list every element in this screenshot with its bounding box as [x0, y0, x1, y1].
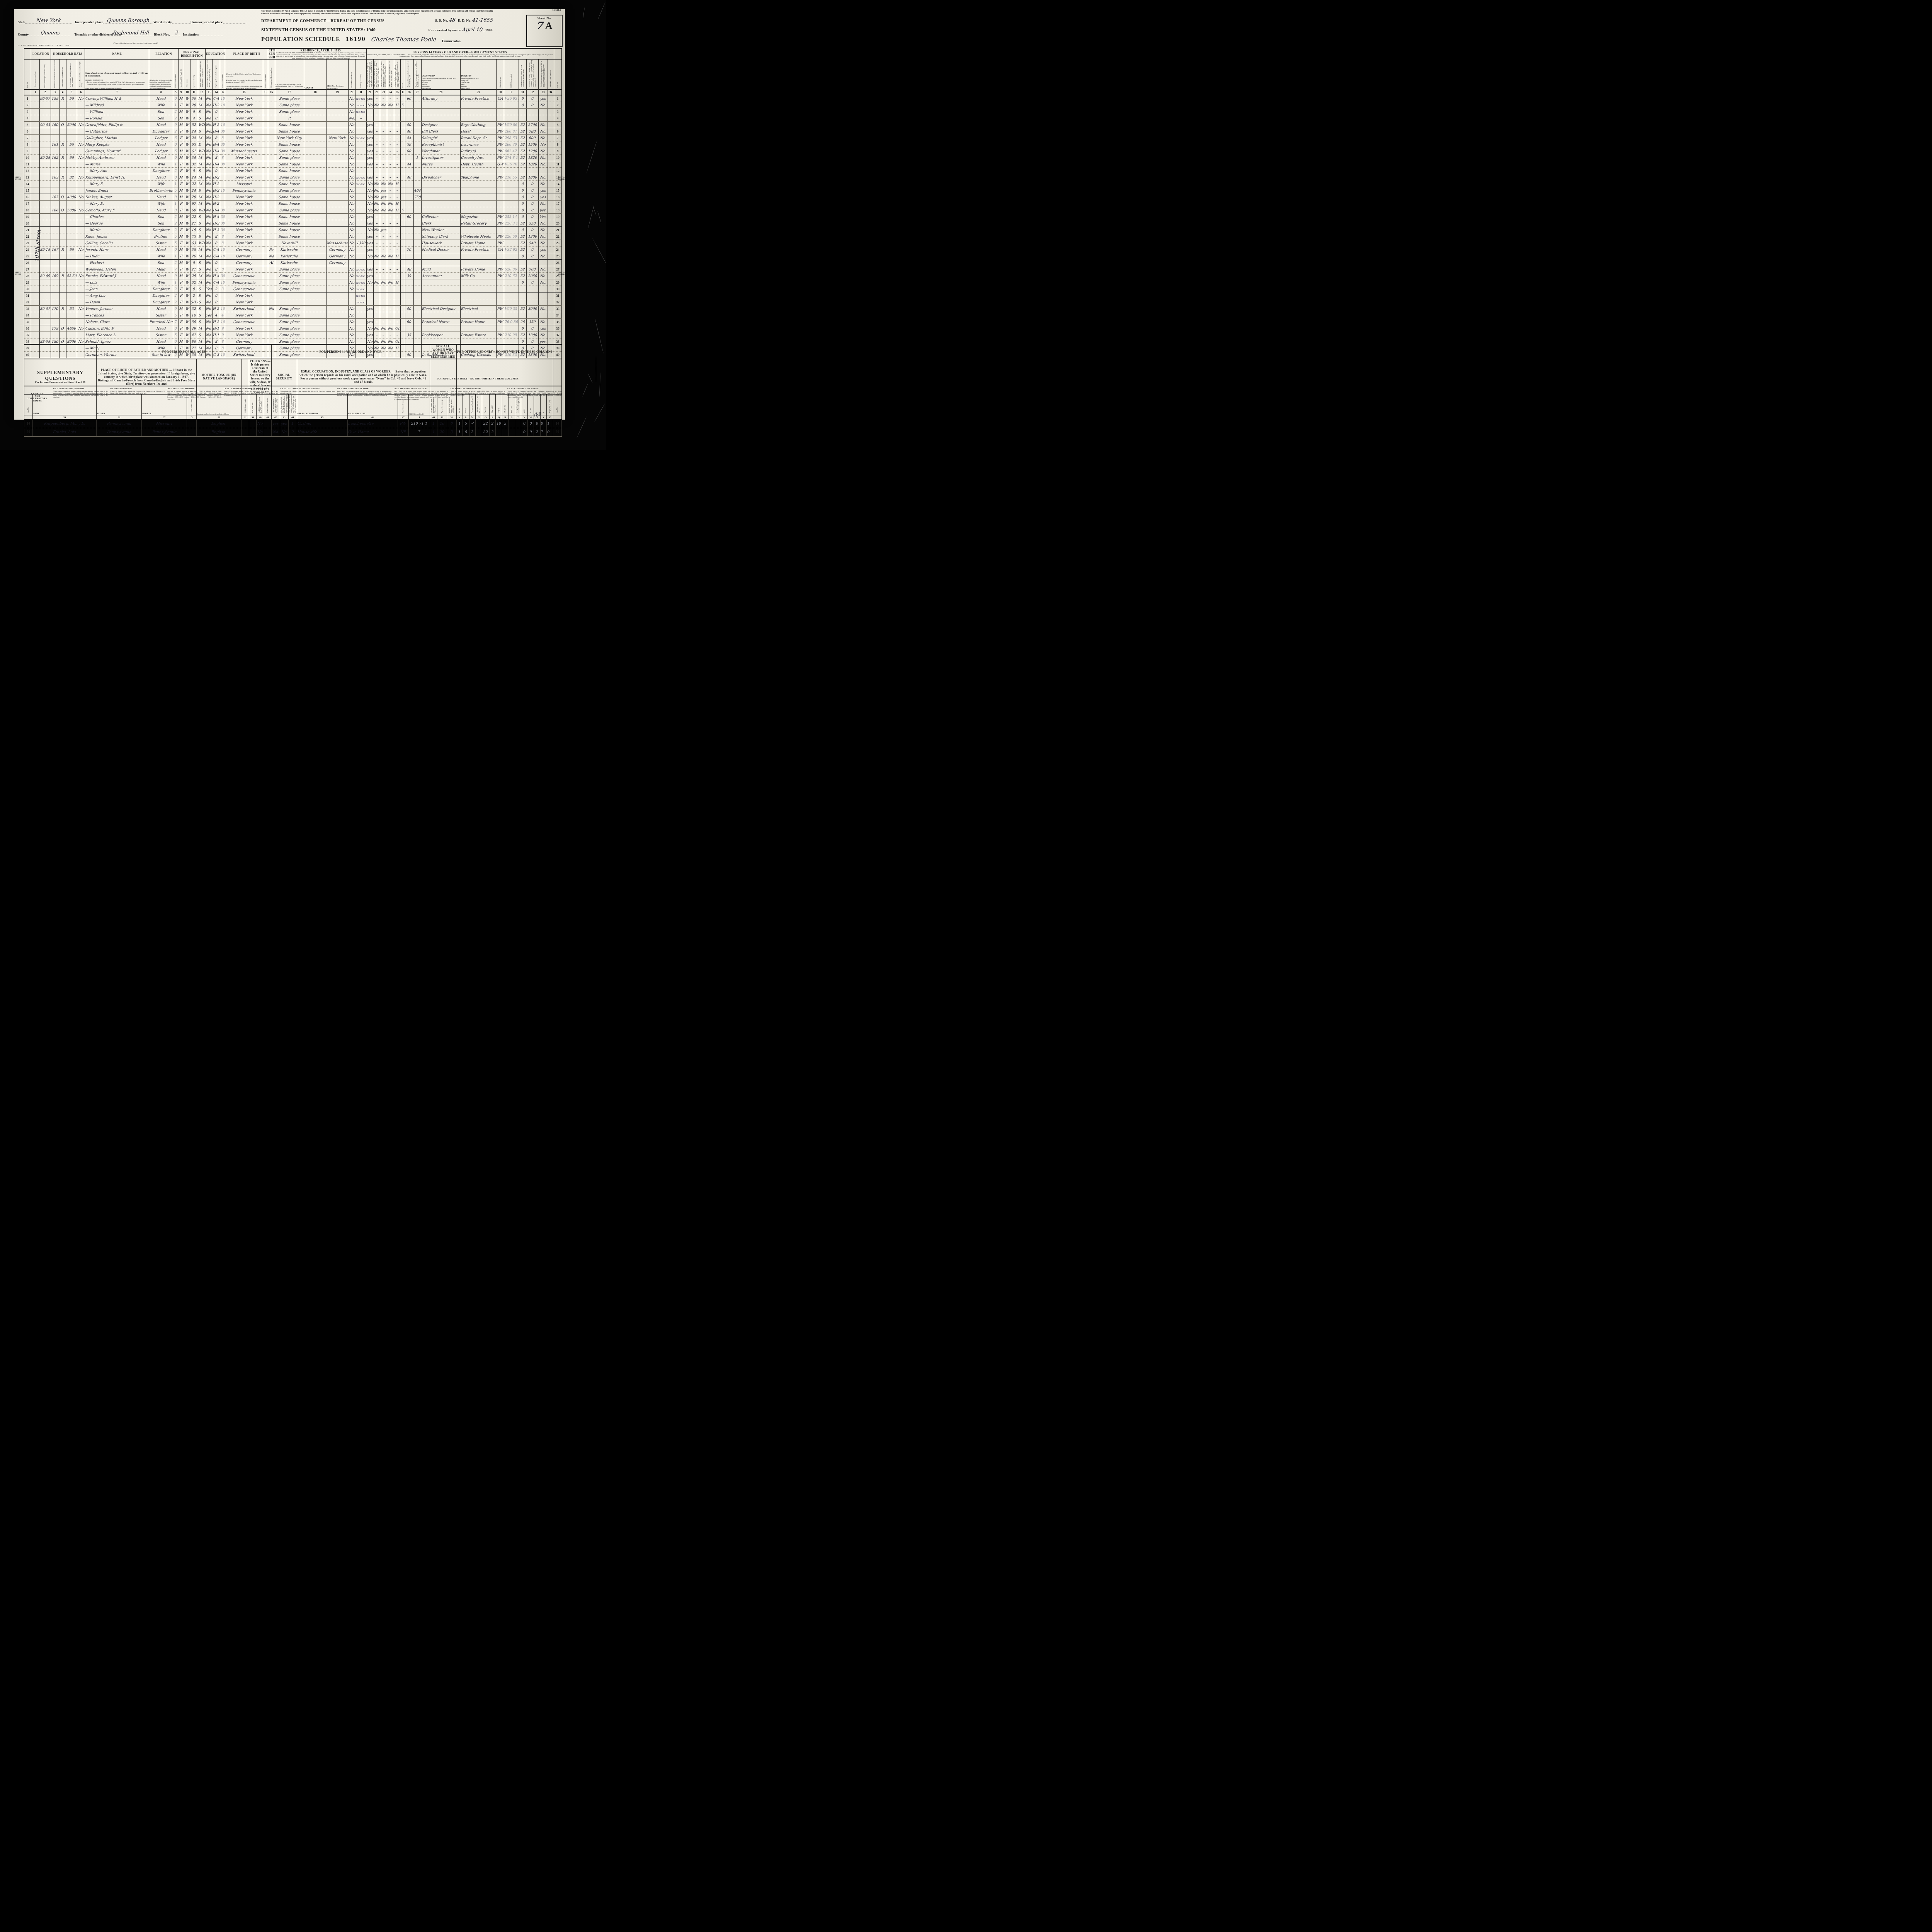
cell	[66, 240, 77, 247]
cell: XOXO	[355, 293, 367, 299]
cell	[413, 253, 421, 260]
cell: 5/12	[190, 299, 198, 306]
cell: H-2	[213, 122, 220, 128]
cell: 220 3 1	[504, 220, 519, 227]
cell	[263, 293, 268, 299]
cell: M	[198, 247, 206, 253]
cell	[268, 102, 275, 109]
cell	[538, 168, 548, 174]
cell: — Amy Lou	[85, 293, 149, 299]
sheet-suffix: A	[545, 20, 553, 31]
cell: 10	[220, 306, 225, 312]
cell: 0	[519, 325, 527, 332]
table-row: 2489-15167R65NoJoseph, HansHead0MW38MNoC…	[24, 247, 562, 253]
cell: W	[184, 148, 190, 155]
column-header: Line No.	[554, 60, 561, 90]
cell: W	[184, 260, 190, 266]
cell: R	[59, 247, 66, 253]
cell: Pennsylvania	[142, 428, 187, 437]
cell: Connecticut	[225, 319, 263, 325]
cell: Pennsylvania	[225, 279, 263, 286]
column-group-header	[24, 48, 31, 60]
cell: –	[387, 273, 394, 279]
table-row: 590-03160O5000NoGruenfelder, Philip ⊗Hea…	[24, 122, 562, 128]
cell: No	[349, 122, 355, 128]
cell	[476, 420, 482, 428]
census-scan-page: { "meta": { "form_no": "16-952 A", "noti…	[0, 0, 606, 450]
cell: Clerk	[421, 220, 461, 227]
cell: 2	[489, 428, 496, 437]
cell	[39, 181, 51, 187]
cell: H	[394, 102, 401, 109]
cell	[519, 286, 527, 293]
cell	[413, 319, 421, 325]
cell	[77, 115, 85, 122]
cell: 26	[554, 260, 561, 266]
cell	[413, 181, 421, 187]
cell: 2	[173, 260, 178, 266]
cell	[538, 109, 548, 115]
cell: Private Estate	[461, 332, 497, 338]
cell: 70	[405, 247, 413, 253]
cell: 0	[526, 102, 538, 109]
cell	[401, 174, 405, 181]
cell	[497, 293, 504, 299]
column-header: CODE (Leave blank)	[504, 60, 519, 90]
cell: H-2	[213, 306, 220, 312]
cell	[548, 122, 554, 128]
cell: No.	[538, 155, 548, 161]
note-block: Col. 24. DID THIS PERSON HAVE A JOB?Ente…	[394, 388, 448, 420]
cell: C-4	[213, 95, 220, 102]
column-group-header: FOR PERSONS 14 YEARS OLD AND OVER	[271, 344, 430, 359]
cell: yes	[366, 332, 373, 338]
cell	[263, 279, 268, 286]
cell	[263, 299, 268, 306]
cell: 89-09	[39, 273, 51, 279]
cell: No	[77, 306, 85, 312]
cell	[187, 428, 197, 437]
column-group-header: RESIDENCE, APRIL 1, 1935IN WHAT PLACE DI…	[275, 48, 366, 60]
cell: Wife	[149, 181, 173, 187]
cell	[355, 148, 367, 155]
cell: No.	[538, 102, 548, 109]
cell	[51, 168, 59, 174]
cell: M	[178, 247, 184, 253]
column-header: Home owned (O) or rented (R)	[59, 60, 66, 90]
cell: 0	[519, 214, 527, 220]
cell: 1	[547, 420, 553, 428]
cell: 2	[173, 286, 178, 293]
cell: yes	[366, 122, 373, 128]
cell: W	[184, 155, 190, 161]
cell: Retail Grocery	[461, 220, 497, 227]
cell: 10	[220, 253, 225, 260]
cell: No.	[538, 332, 548, 338]
table-row: 37Marz, Florence LSister5FW47SNoH-19New …	[24, 332, 562, 338]
cell: 0	[547, 428, 553, 437]
cell: Head	[149, 273, 173, 279]
cell: 8	[213, 240, 220, 247]
cell: 24	[190, 135, 198, 141]
cell	[461, 260, 497, 266]
cell	[77, 227, 85, 233]
cell	[548, 141, 554, 148]
column-header: Number of hours worked during week of Ma…	[405, 60, 413, 90]
cell: –	[387, 122, 394, 128]
cell	[413, 325, 421, 332]
cell	[497, 194, 504, 201]
cell	[39, 279, 51, 286]
cell: 30	[220, 148, 225, 155]
cell	[401, 253, 405, 260]
cell	[39, 266, 51, 273]
cell: –	[394, 174, 401, 181]
cell	[326, 279, 349, 286]
cell: WD	[198, 148, 206, 155]
cell	[366, 299, 373, 306]
cell	[66, 181, 77, 187]
column-number: D	[355, 90, 367, 95]
cell: 0	[526, 181, 538, 187]
cell	[31, 168, 39, 174]
cell: 162	[51, 155, 59, 161]
cell	[31, 312, 39, 319]
census-sheet: State New York Incorporated place Queens…	[14, 9, 565, 420]
cell: No	[366, 279, 373, 286]
cell: Practical Nurse	[421, 319, 461, 325]
cell: yes	[366, 240, 373, 247]
cell	[263, 233, 268, 240]
cell	[77, 240, 85, 247]
cell	[401, 325, 405, 332]
cell	[304, 115, 327, 122]
cell	[59, 312, 66, 319]
cell: Lodger	[149, 135, 173, 141]
cell	[538, 286, 548, 293]
suppl-quest-marker-right-14: SUPPL. QUEST.	[556, 176, 566, 180]
cell	[497, 181, 504, 187]
cell: 1	[173, 161, 178, 168]
cell: No	[373, 181, 380, 187]
cell: No	[366, 194, 373, 201]
cell: 0	[527, 420, 534, 428]
cell	[548, 148, 554, 155]
cell	[51, 260, 59, 266]
cell: — Ronald	[85, 115, 149, 122]
cell	[461, 168, 497, 174]
cell	[387, 312, 394, 319]
cell	[263, 286, 268, 293]
cell	[355, 227, 367, 233]
cell	[413, 299, 421, 306]
cell	[373, 260, 380, 266]
cell: XOXO	[355, 266, 367, 273]
cell: M	[178, 220, 184, 227]
cell: New York	[225, 174, 263, 181]
cell: yes	[366, 306, 373, 312]
cell: 34	[554, 312, 561, 319]
cell: 18	[24, 207, 31, 214]
cell: No	[380, 201, 387, 207]
cell: F	[178, 201, 184, 207]
cell	[31, 279, 39, 286]
cell	[461, 286, 497, 293]
cell	[401, 233, 405, 240]
cell	[77, 279, 85, 286]
cell: S	[198, 109, 206, 115]
cell: WD	[198, 207, 206, 214]
cell: No.	[538, 227, 548, 233]
cell: Comollo, Mary F	[85, 207, 149, 214]
cell: Dept. Health	[461, 161, 497, 168]
cell: 1	[173, 253, 178, 260]
cell	[304, 227, 327, 233]
column-header: Sex—Male (M), Female (F)	[178, 60, 184, 90]
cell: –	[394, 95, 401, 102]
column-group-header: PERSONAL DESCRIPTION	[178, 48, 206, 60]
column-number: 27	[413, 90, 421, 95]
cell: New York	[225, 122, 263, 128]
cell: No	[366, 253, 373, 260]
table-row: 25— HildaWife1FW26MNoC-410GermanyNaKarls…	[24, 253, 562, 260]
cell	[504, 293, 519, 299]
cell: 52	[519, 247, 527, 253]
cell: –	[387, 155, 394, 161]
cell	[263, 135, 268, 141]
cell: McVey, Ambrose	[85, 155, 149, 161]
cell: –	[387, 240, 394, 247]
cell: Own Home	[347, 428, 398, 437]
cell: XOXO	[355, 299, 367, 306]
cell: 2	[173, 109, 178, 115]
cell	[304, 102, 327, 109]
cell	[421, 115, 461, 122]
cell	[421, 201, 461, 207]
column-group-header: CITI- ZEN- SHIP	[268, 48, 275, 60]
cell	[263, 319, 268, 325]
cell	[326, 187, 349, 194]
cell: yes	[538, 95, 548, 102]
cell: New York	[225, 227, 263, 233]
cell	[355, 194, 367, 201]
cell	[39, 319, 51, 325]
table-row: 31— Amy LouDaughter2FW2SNo0New YorkXOXO3…	[24, 293, 562, 299]
cell: yes	[380, 187, 387, 194]
cell: 4	[554, 115, 561, 122]
cell: S	[198, 128, 206, 135]
cell: –	[387, 128, 394, 135]
cell	[268, 161, 275, 168]
cell: 0	[173, 141, 178, 148]
cell	[59, 319, 66, 325]
cell: –	[387, 247, 394, 253]
block-value: 2	[169, 30, 183, 36]
cell: Kane, James	[85, 233, 149, 240]
cell	[538, 312, 548, 319]
cell	[413, 141, 421, 148]
cell: 0	[213, 115, 220, 122]
cell: 26	[190, 253, 198, 260]
cell	[509, 428, 515, 437]
cell	[497, 312, 504, 319]
table-row: 26— HerbertSon2MW5SNo0GermanyAlKarlsruhe…	[24, 260, 562, 266]
cell: Same place	[275, 95, 304, 102]
cell	[263, 109, 268, 115]
column-header: Number of Farm Schedule	[548, 60, 554, 90]
cell: Same place	[275, 266, 304, 273]
cell	[304, 253, 327, 260]
cell	[413, 135, 421, 141]
cell: 10	[24, 155, 31, 161]
cell	[366, 115, 373, 122]
cell: No.	[538, 279, 548, 286]
cell: 780	[526, 128, 538, 135]
cell	[77, 187, 85, 194]
cell	[77, 293, 85, 299]
cell: 32	[66, 174, 77, 181]
cell	[413, 260, 421, 266]
cell	[355, 325, 367, 332]
cell	[263, 220, 268, 227]
cell: 32	[190, 279, 198, 286]
cell	[31, 181, 39, 187]
cell: 5	[24, 122, 31, 128]
cell	[51, 214, 59, 220]
cell: No	[206, 95, 213, 102]
cell: — Lois	[85, 279, 149, 286]
cell	[366, 109, 373, 115]
cell: Railroad	[461, 148, 497, 155]
cell: 36	[24, 325, 31, 332]
cell: 31	[24, 293, 31, 299]
cell: No.	[538, 266, 548, 273]
cell	[51, 332, 59, 338]
table-row: 14Knippenberg, Mary E.PennsylvaniaMissou…	[24, 420, 562, 428]
cell	[394, 293, 401, 299]
cell: No.	[538, 253, 548, 260]
cell: Watchman	[421, 148, 461, 155]
cell: 17	[24, 201, 31, 207]
cell: Wojewoda, Helen	[85, 266, 149, 273]
cell: 0	[526, 201, 538, 207]
cell	[263, 332, 268, 338]
cell	[548, 233, 554, 240]
cell	[548, 240, 554, 247]
cell: PW	[497, 155, 504, 161]
cell	[401, 214, 405, 220]
cell	[548, 109, 554, 115]
cell: 11	[554, 161, 561, 168]
cell: 2	[173, 299, 178, 306]
cell: 662 47 1	[504, 148, 519, 155]
cell: 29	[553, 428, 561, 437]
cell: 6	[463, 428, 469, 437]
cell: 0	[173, 155, 178, 161]
cell: 5	[173, 233, 178, 240]
cell	[304, 247, 327, 253]
cell: Same place	[275, 286, 304, 293]
cell: H-1	[213, 325, 220, 332]
cell	[268, 141, 275, 148]
column-number: 15	[225, 90, 263, 95]
cell: PW	[497, 332, 504, 338]
cell	[413, 279, 421, 286]
cell: Same place	[275, 312, 304, 319]
cell: Head	[149, 155, 173, 161]
cell	[405, 325, 413, 332]
cell: M	[178, 194, 184, 201]
cell	[263, 115, 268, 122]
cell	[497, 201, 504, 207]
cell: No	[206, 266, 213, 273]
ed-value: 41-1655	[472, 17, 493, 23]
cell	[77, 253, 85, 260]
cell: 52	[519, 141, 527, 148]
cell: PW	[497, 135, 504, 141]
cell: yes	[380, 194, 387, 201]
cell	[413, 227, 421, 233]
cell: 14	[24, 420, 33, 428]
cell: No	[77, 247, 85, 253]
cell: 52	[519, 306, 527, 312]
cell: 1500	[526, 141, 538, 148]
cell: No	[77, 141, 85, 148]
cell	[538, 299, 548, 306]
cell	[268, 214, 275, 220]
cell	[405, 233, 413, 240]
cell: No.	[538, 240, 548, 247]
cell	[326, 148, 349, 155]
cell	[77, 332, 85, 338]
cell: W	[184, 325, 190, 332]
cell: H-4	[213, 148, 220, 155]
cell	[263, 174, 268, 181]
cell: M	[198, 95, 206, 102]
cell	[526, 168, 538, 174]
cell: W	[184, 194, 190, 201]
cell: 4	[24, 115, 31, 122]
cell	[59, 148, 66, 155]
cell: 22	[24, 233, 31, 240]
cell	[268, 220, 275, 227]
department-title: DEPARTMENT OF COMMERCE—BUREAU OF THE CEN…	[261, 19, 384, 23]
cell: yes	[366, 95, 373, 102]
cell	[504, 325, 519, 332]
cell: No	[206, 155, 213, 161]
cell: PW	[497, 233, 504, 240]
cell	[263, 306, 268, 312]
cell: –	[380, 214, 387, 220]
cell: 22	[190, 181, 198, 187]
cell: 10	[220, 122, 225, 128]
cell	[355, 168, 367, 174]
cell: 5	[554, 122, 561, 128]
cell: W	[184, 207, 190, 214]
cell: 28	[24, 273, 31, 279]
cell: –	[355, 115, 367, 122]
cell	[548, 135, 554, 141]
cell: 0	[526, 227, 538, 233]
cell	[548, 279, 554, 286]
column-number: B	[220, 90, 225, 95]
cell	[413, 286, 421, 293]
cell: 0	[519, 194, 527, 201]
cell: No	[349, 155, 355, 161]
cell	[77, 168, 85, 174]
cell: 19	[190, 227, 198, 233]
cell: 5	[173, 332, 178, 338]
